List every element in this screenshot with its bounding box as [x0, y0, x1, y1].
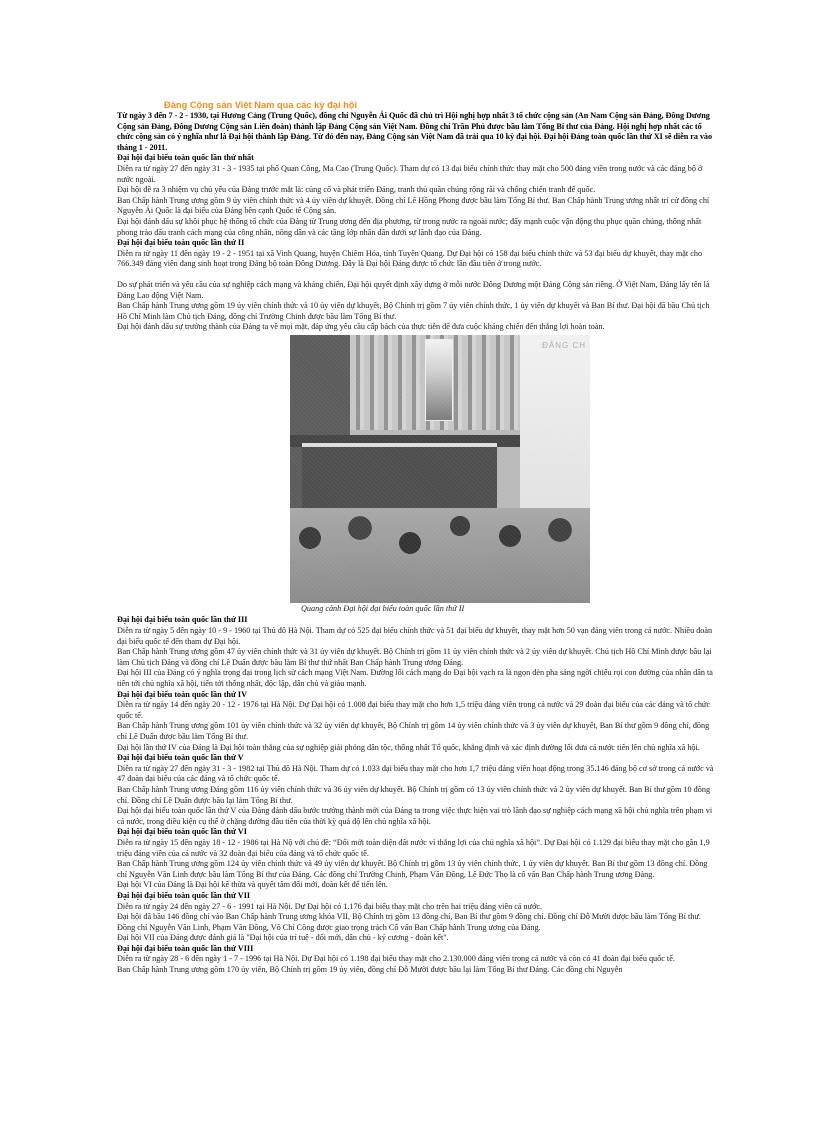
intro-paragraph: Từ ngày 3 đến 7 - 2 - 1930, tại Hương Cả… [117, 111, 717, 153]
photo-caption: Quang cảnh Đại hội đại biểu toàn quốc lầ… [301, 604, 717, 615]
section-heading-8: Đại hội đại biểu toàn quốc lần thứ VIII [117, 944, 717, 955]
paragraph: Diễn ra từ ngày 14 đến ngày 20 - 12 - 19… [117, 700, 717, 721]
paragraph: Ban Chấp hành Trung ương Đảng gồm 116 ủy… [117, 785, 717, 806]
section-heading-4: Đại hội đại biểu toàn quốc lần thứ IV [117, 690, 717, 701]
paragraph: Diễn ra từ ngày 15 đến ngày 18 - 12 - 19… [117, 838, 717, 859]
paragraph: Đại hội đánh dấu sự khôi phục hệ thống t… [117, 217, 717, 238]
paragraph: Ban Chấp hành Trung ương gồm 9 ủy viên c… [117, 196, 717, 217]
paragraph: Đại hội đã bầu 146 đồng chí vào Ban Chấp… [117, 912, 717, 933]
paragraph: Diễn ra từ ngày 5 đến ngày 10 - 9 - 1960… [117, 626, 717, 647]
paragraph: Đại hội đánh dấu sự trưởng thành của Đản… [117, 322, 717, 333]
congress-photo: ĐẢNG CH [290, 335, 590, 603]
photo-grain [290, 335, 590, 603]
paragraph-spacer [117, 270, 717, 280]
paragraph: Diễn ra từ ngày 27 đến ngày 31 - 3 - 193… [117, 164, 717, 185]
document-page: Đảng Cộng sản Việt Nam qua các kỳ đại hộ… [117, 100, 717, 976]
section-heading-2: Đại hội đại biểu toàn quốc lần thứ II [117, 238, 717, 249]
section-heading-1: Đại hội đại biểu toàn quốc lần thứ nhất [117, 153, 717, 164]
paragraph: Ban Chấp hành Trung ương gồm 124 ủy viên… [117, 859, 717, 880]
paragraph: Đại hội đề ra 3 nhiệm vụ chủ yếu của Đản… [117, 185, 717, 196]
paragraph: Ban Chấp hành Trung ương gồm 47 ủy viên … [117, 647, 717, 668]
paragraph: Ban Chấp hành Trung ương gồm 170 ủy viên… [117, 965, 717, 976]
section-heading-6: Đại hội đại biểu toàn quốc lần thứ VI [117, 827, 717, 838]
paragraph: Diễn ra từ ngày 24 đến ngày 27 - 6 - 199… [117, 902, 717, 913]
paragraph: Ban Chấp hành Trung ương gồm 101 ủy viên… [117, 721, 717, 742]
document-title: Đảng Cộng sản Việt Nam qua các kỳ đại hộ… [164, 100, 717, 111]
section-heading-7: Đại hội đại biểu toàn quốc lần thứ VII [117, 891, 717, 902]
paragraph: Đại hội lần thứ IV của Đảng là Đại hội t… [117, 743, 717, 754]
paragraph: Đại hội đại biểu toàn quốc lần thứ V của… [117, 806, 717, 827]
paragraph: Đại hội VII của Đảng được đánh giá là "Đ… [117, 933, 717, 944]
section-heading-5: Đại hội đại biểu toàn quốc lần thứ V [117, 753, 717, 764]
paragraph: Đại hội III của Đảng có ý nghĩa trọng đạ… [117, 668, 717, 689]
paragraph: Ban Chấp hành Trung ương gồm 19 ủy viên … [117, 301, 717, 322]
paragraph: Do sự phát triển và yêu cầu của sự nghiệ… [117, 280, 717, 301]
paragraph: Đại hội VI của Đảng là Đại hội kế thừa v… [117, 880, 717, 891]
paragraph: Diễn ra từ ngày 28 - 6 đến ngày 1 - 7 - … [117, 954, 717, 965]
paragraph: Diễn ra từ ngày 11 đến ngày 19 - 2 - 195… [117, 249, 717, 270]
section-heading-3: Đại hội đại biểu toàn quốc lần thứ III [117, 615, 717, 626]
paragraph: Diễn ra từ ngày 27 đến ngày 31 - 3 - 198… [117, 764, 717, 785]
